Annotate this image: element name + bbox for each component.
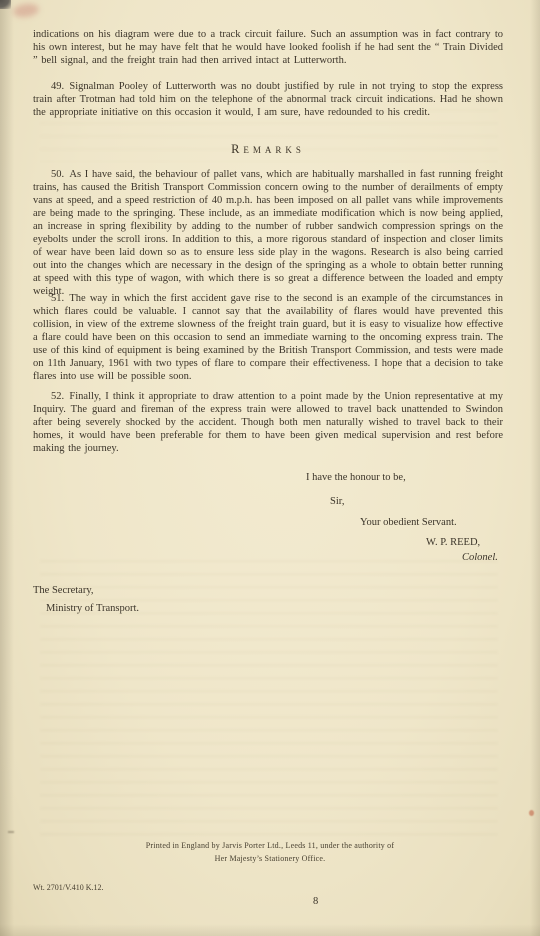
remarks-heading: Remarks	[33, 142, 503, 157]
page-edge-shadow-bottom	[0, 924, 540, 936]
scan-corner-artifact	[0, 0, 11, 9]
addressee-line-1: The Secretary,	[33, 585, 94, 596]
addressee-line-2: Ministry of Transport.	[46, 603, 139, 614]
valediction-line-1: I have the honour to be,	[306, 472, 406, 483]
printer-imprint-line-2: Her Majesty’s Stationery Office.	[0, 854, 540, 863]
valediction-line-3: Your obedient Servant.	[360, 517, 457, 528]
page-edge-shadow-left	[0, 0, 14, 936]
paragraph-52: 52. Finally, I think it appropriate to d…	[33, 390, 503, 455]
page-number: 8	[313, 896, 318, 907]
signature-rank: Colonel.	[462, 552, 498, 563]
red-smudge-stain	[12, 2, 40, 18]
paragraph-51: 51. The way in which the first accident …	[33, 292, 503, 383]
speck-left-edge	[8, 831, 14, 833]
red-speck-right-edge	[529, 810, 534, 816]
report-page: indications on his diagram were due to a…	[0, 0, 540, 936]
printer-imprint-line-1: Printed in England by Jarvis Porter Ltd.…	[0, 841, 540, 850]
signature-name: W. P. REED,	[426, 537, 480, 548]
bleedthrough-texture-lower	[40, 560, 498, 840]
paragraph-48-continuation: indications on his diagram were due to a…	[33, 28, 503, 67]
page-edge-shadow-right	[530, 0, 540, 936]
paragraph-50: 50. As I have said, the behaviour of pal…	[33, 168, 503, 298]
paragraph-49: 49. Signalman Pooley of Lutterworth was …	[33, 80, 503, 119]
print-code: Wt. 2701/V.410 K.12.	[33, 883, 104, 892]
valediction-line-2: Sir,	[330, 496, 344, 507]
